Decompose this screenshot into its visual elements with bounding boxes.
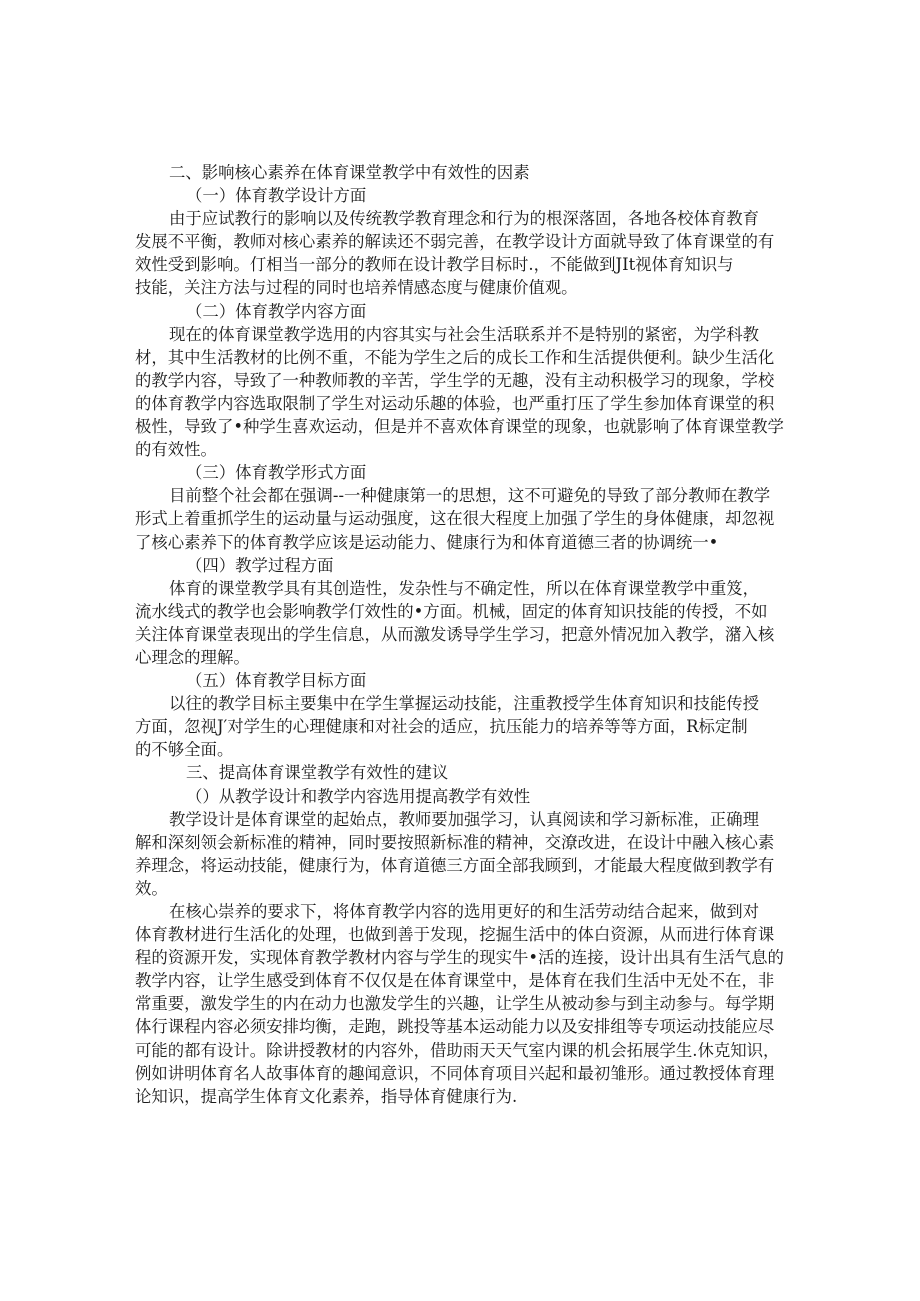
text-line: 方面，忽视J′对学生的心理健康和对社会的适应，抗压能力的培养等等方面，R标定制 bbox=[135, 715, 785, 738]
text-line: 体育的课堂教学具有其创造性，发杂性与不确定性，所以在体育课堂教学中重笈， bbox=[135, 577, 785, 600]
text-line: 形式上着重抓学生的运动量与运动强度，这在很大程度上加强了学生的身体健康，却忽视 bbox=[135, 507, 785, 530]
text-line: 可能的都有设计。除讲授教材的内容外，借助雨天天气室内课的机会拓展学生.休克知识， bbox=[135, 1039, 785, 1062]
text-line: 体行课程内容必须安排均衡，走跑，跳投等基本运动能力以及安排组等专项运动技能应尽 bbox=[135, 1015, 785, 1038]
text-line: 材，其中生活教材的比例不重，不能为学生之后的成长工作和生活提供便利。缺少生活化 bbox=[135, 346, 785, 369]
text-line: 心理念的理解。 bbox=[135, 646, 785, 669]
paragraph: 教学设计是体育课堂的起始点，教师要加强学习，认真阅读和学习新标准，正确理解和深刻… bbox=[135, 808, 785, 900]
text-line: 养理念，将运动技能，健康行为，体育道德三方面全部我顾到，才能最大程度做到教学有 bbox=[135, 854, 785, 877]
text-line: 发展不平衡，教师对核心素养的解读还不弱完善，在教学设计方面就导致了体育课堂的有 bbox=[135, 230, 785, 253]
paragraph: 目前整个社会都在强调--一种健康第一的思想，这不可避免的导致了部分教师在教学形式… bbox=[135, 484, 785, 553]
subsection-heading: （一）体育教学设计方面 bbox=[135, 184, 785, 207]
text-line: 极性，导致了•种学生喜欢运动，但是并不喜欢体育课堂的现象，也就影响了体育课堂教学 bbox=[135, 415, 785, 438]
text-line: 体育教材进行生活化的处理，也做到善于发现，挖掘生活中的体白资源，从而进行体育课 bbox=[135, 923, 785, 946]
paragraph: 体育的课堂教学具有其创造性，发杂性与不确定性，所以在体育课堂教学中重笈，流水线式… bbox=[135, 577, 785, 669]
text-line: 技能，关注方法与过程的同时也培养情感态度与健康价值观。 bbox=[135, 276, 785, 299]
paragraph: 在核心崇养的要求下，将体育教学内容的选用更好的和生活劳动结合起来，做到对体育教材… bbox=[135, 900, 785, 1108]
subsection-heading: （四）教学过程方面 bbox=[135, 554, 785, 577]
text-line: 论知识，提高学生体育文化素养，指导体育健康行为. bbox=[135, 1085, 785, 1108]
text-line: 教学设计是体育课堂的起始点，教师要加强学习，认真阅读和学习新标准，正确理 bbox=[135, 808, 785, 831]
text-line: 效性受到影响。仃相当一部分的教师在设计教学目标时.，不能做到JIt视体育知识与 bbox=[135, 253, 785, 276]
paragraph: 现在的体育课堂教学选用的内容其实与社会生活联系并不是特别的紧密，为学科教材，其中… bbox=[135, 323, 785, 462]
text-line: 现在的体育课堂教学选用的内容其实与社会生活联系并不是特别的紧密，为学科教 bbox=[135, 323, 785, 346]
text-line: 由于应试教行的影响以及传统教学教育理念和行为的根深落固，各地各校体育教育 bbox=[135, 207, 785, 230]
paragraph: 以往的教学目标主要集中在学生掌握运动技能，注重教授学生体育知识和技能传授方面，忽… bbox=[135, 692, 785, 761]
text-line: 教学内容，让学生感受到体育不仅仅是在体育课堂中，是体育在我们生活中无处不在，非 bbox=[135, 969, 785, 992]
text-line: 常重要，激发学生的内在动力也激发学生的兴趣，让学生从被动参与到主动参与。每学期 bbox=[135, 992, 785, 1015]
text-line: 以往的教学目标主要集中在学生掌握运动技能，注重教授学生体育知识和技能传授 bbox=[135, 692, 785, 715]
text-line: 例如讲明体育名人故事体育的趣闻意识，不同体育项目兴起和最初雏形。通过教授体育理 bbox=[135, 1062, 785, 1085]
text-line: （一）体育教学设计方面 bbox=[135, 184, 785, 207]
text-line: 的教学内容，导致了一种教师教的辛苦，学生学的无趣，没有主动积极学习的现象，学校 bbox=[135, 369, 785, 392]
subsection-heading: （三）体育教学形式方面 bbox=[135, 461, 785, 484]
text-line: 程的资源开发，实现体育教学教材内容与学生的现实牛•活的连接，设计出具有生活气息的 bbox=[135, 946, 785, 969]
text-line: 二、影响核心素养在体育课堂教学中有效性的因素 bbox=[135, 161, 785, 184]
text-line: 流水线式的教学也会影响教学仃效性的•方面。机械，固定的体育知识技能的传授，不如 bbox=[135, 600, 785, 623]
section-heading: 三、提高体育课堂教学有效性的建议 bbox=[135, 761, 785, 784]
paragraph: 由于应试教行的影响以及传统教学教育理念和行为的根深落固，各地各校体育教育发展不平… bbox=[135, 207, 785, 299]
text-line: 关注体育课堂表现出的学生信息，从而激发诱导学生学习，把意外情况加入教学，潴入核 bbox=[135, 623, 785, 646]
text-line: （三）体育教学形式方面 bbox=[135, 461, 785, 484]
text-line: 的体育教学内容选取限制了学生对运动乐趣的体验，也严重打压了学生参加体育课堂的积 bbox=[135, 392, 785, 415]
subsection-heading: （五）体育教学目标方面 bbox=[135, 669, 785, 692]
text-line: 目前整个社会都在强调--一种健康第一的思想，这不可避免的导致了部分教师在教学 bbox=[135, 484, 785, 507]
text-line: 的有效性。 bbox=[135, 438, 785, 461]
text-line: （五）体育教学目标方面 bbox=[135, 669, 785, 692]
text-line: 在核心崇养的要求下，将体育教学内容的选用更好的和生活劳动结合起来，做到对 bbox=[135, 900, 785, 923]
text-line: 的不够全面。 bbox=[135, 738, 785, 761]
text-line: （）从教学设计和教学内容选用提高教学有效性 bbox=[135, 785, 785, 808]
document-page: 二、影响核心素养在体育课堂教学中有效性的因素（一）体育教学设计方面由于应试教行的… bbox=[135, 161, 785, 1108]
text-line: （四）教学过程方面 bbox=[135, 554, 785, 577]
subsection-heading: （）从教学设计和教学内容选用提高教学有效性 bbox=[135, 785, 785, 808]
text-line: 了核心素养下的体育教学应该是运动能力、健康行为和体育道德三者的协调统一• bbox=[135, 531, 785, 554]
text-line: 解和深刻领会新标准的精神，同时要按照新标准的精神，交潦改进，在设计中融入核心素 bbox=[135, 831, 785, 854]
text-line: 三、提高体育课堂教学有效性的建议 bbox=[135, 761, 785, 784]
section-heading: 二、影响核心素养在体育课堂教学中有效性的因素 bbox=[135, 161, 785, 184]
subsection-heading: （二）体育教学内容方面 bbox=[135, 300, 785, 323]
text-line: 效。 bbox=[135, 877, 785, 900]
text-line: （二）体育教学内容方面 bbox=[135, 300, 785, 323]
